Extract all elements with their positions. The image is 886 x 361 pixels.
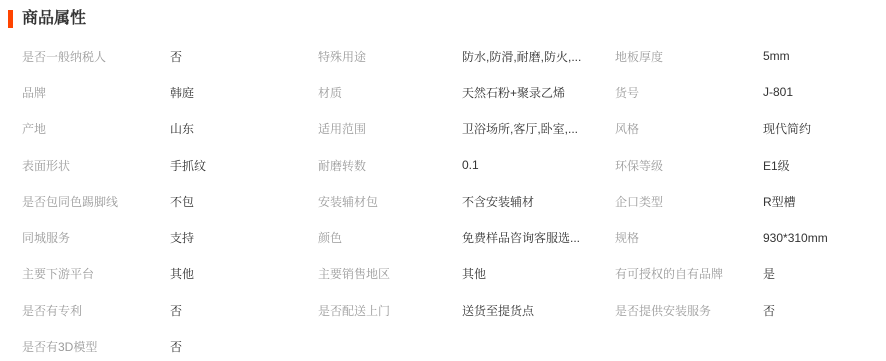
section-title: 商品属性 bbox=[22, 9, 86, 29]
attribute-value: 卫浴场所,客厅,卧室,... bbox=[462, 120, 615, 137]
attribute-label: 环保等级 bbox=[615, 157, 763, 174]
attribute-value: 否 bbox=[763, 302, 886, 319]
attribute-value: 天然石粉+聚录乙烯 bbox=[462, 84, 615, 101]
attribute-value: 0.1 bbox=[462, 158, 615, 172]
attribute-label: 风格 bbox=[615, 120, 763, 137]
attribute-label: 适用范围 bbox=[318, 120, 462, 137]
attribute-value: R型槽 bbox=[763, 193, 886, 210]
section-accent-bar bbox=[8, 10, 13, 28]
attribute-label: 企口类型 bbox=[615, 193, 763, 210]
attribute-row: 品牌韩庭材质天然石粉+聚录乙烯货号J-801 bbox=[0, 74, 886, 110]
attribute-label: 地板厚度 bbox=[615, 48, 763, 65]
attribute-label: 特殊用途 bbox=[318, 48, 462, 65]
attribute-label: 表面形状 bbox=[22, 157, 170, 174]
section-header: 商品属性 bbox=[8, 9, 886, 29]
attribute-label: 安装辅材包 bbox=[318, 193, 462, 210]
attribute-value: 其他 bbox=[170, 265, 318, 282]
attribute-value: 现代简约 bbox=[763, 120, 886, 137]
attribute-label: 同城服务 bbox=[22, 229, 170, 246]
attribute-value: 否 bbox=[170, 302, 318, 319]
attribute-label: 是否配送上门 bbox=[318, 302, 462, 319]
attribute-value: 否 bbox=[170, 48, 318, 65]
attributes-table: 是否一般纳税人否特殊用途防水,防滑,耐磨,防火,...地板厚度5mm品牌韩庭材质… bbox=[0, 38, 886, 361]
attribute-label: 是否一般纳税人 bbox=[22, 48, 170, 65]
attribute-row: 是否一般纳税人否特殊用途防水,防滑,耐磨,防火,...地板厚度5mm bbox=[0, 38, 886, 74]
attribute-value: E1级 bbox=[763, 157, 886, 174]
attribute-label: 有可授权的自有品牌 bbox=[615, 265, 763, 282]
attribute-label: 耐磨转数 bbox=[318, 157, 462, 174]
attribute-label: 货号 bbox=[615, 84, 763, 101]
attribute-value: 其他 bbox=[462, 265, 615, 282]
attribute-label: 是否有3D模型 bbox=[22, 338, 170, 355]
attribute-row: 产地山东适用范围卫浴场所,客厅,卧室,...风格现代简约 bbox=[0, 111, 886, 147]
attribute-label: 产地 bbox=[22, 120, 170, 137]
attribute-row: 表面形状手抓纹耐磨转数0.1环保等级E1级 bbox=[0, 147, 886, 183]
attribute-label: 主要销售地区 bbox=[318, 265, 462, 282]
attribute-label: 主要下游平台 bbox=[22, 265, 170, 282]
attribute-label: 规格 bbox=[615, 229, 763, 246]
attribute-row: 主要下游平台其他主要销售地区其他有可授权的自有品牌是 bbox=[0, 256, 886, 292]
attribute-label: 品牌 bbox=[22, 84, 170, 101]
attribute-row: 是否有3D模型否 bbox=[0, 328, 886, 361]
attribute-row: 是否有专利否是否配送上门送货至提货点是否提供安装服务否 bbox=[0, 292, 886, 328]
attribute-value: 930*310mm bbox=[763, 231, 886, 245]
attribute-label: 是否有专利 bbox=[22, 302, 170, 319]
attribute-value: 否 bbox=[170, 338, 318, 355]
attribute-label: 是否提供安装服务 bbox=[615, 302, 763, 319]
attribute-value: J-801 bbox=[763, 85, 886, 99]
attribute-value: 免费样品咨询客服选... bbox=[462, 229, 615, 246]
attribute-value: 手抓纹 bbox=[170, 157, 318, 174]
attribute-value: 支持 bbox=[170, 229, 318, 246]
attribute-value: 不含安装辅材 bbox=[462, 193, 615, 210]
attribute-value: 5mm bbox=[763, 49, 886, 63]
attribute-label: 颜色 bbox=[318, 229, 462, 246]
attribute-value: 不包 bbox=[170, 193, 318, 210]
attribute-row: 是否包同色踢脚线不包安装辅材包不含安装辅材企口类型R型槽 bbox=[0, 183, 886, 219]
attribute-value: 是 bbox=[763, 265, 886, 282]
attribute-value: 送货至提货点 bbox=[462, 302, 615, 319]
attribute-row: 同城服务支持颜色免费样品咨询客服选...规格930*310mm bbox=[0, 219, 886, 255]
attribute-value: 防水,防滑,耐磨,防火,... bbox=[462, 48, 615, 65]
product-attributes-panel: 商品属性 是否一般纳税人否特殊用途防水,防滑,耐磨,防火,...地板厚度5mm品… bbox=[0, 0, 886, 361]
attribute-label: 是否包同色踢脚线 bbox=[22, 193, 170, 210]
attribute-value: 韩庭 bbox=[170, 84, 318, 101]
attribute-value: 山东 bbox=[170, 120, 318, 137]
attribute-label: 材质 bbox=[318, 84, 462, 101]
